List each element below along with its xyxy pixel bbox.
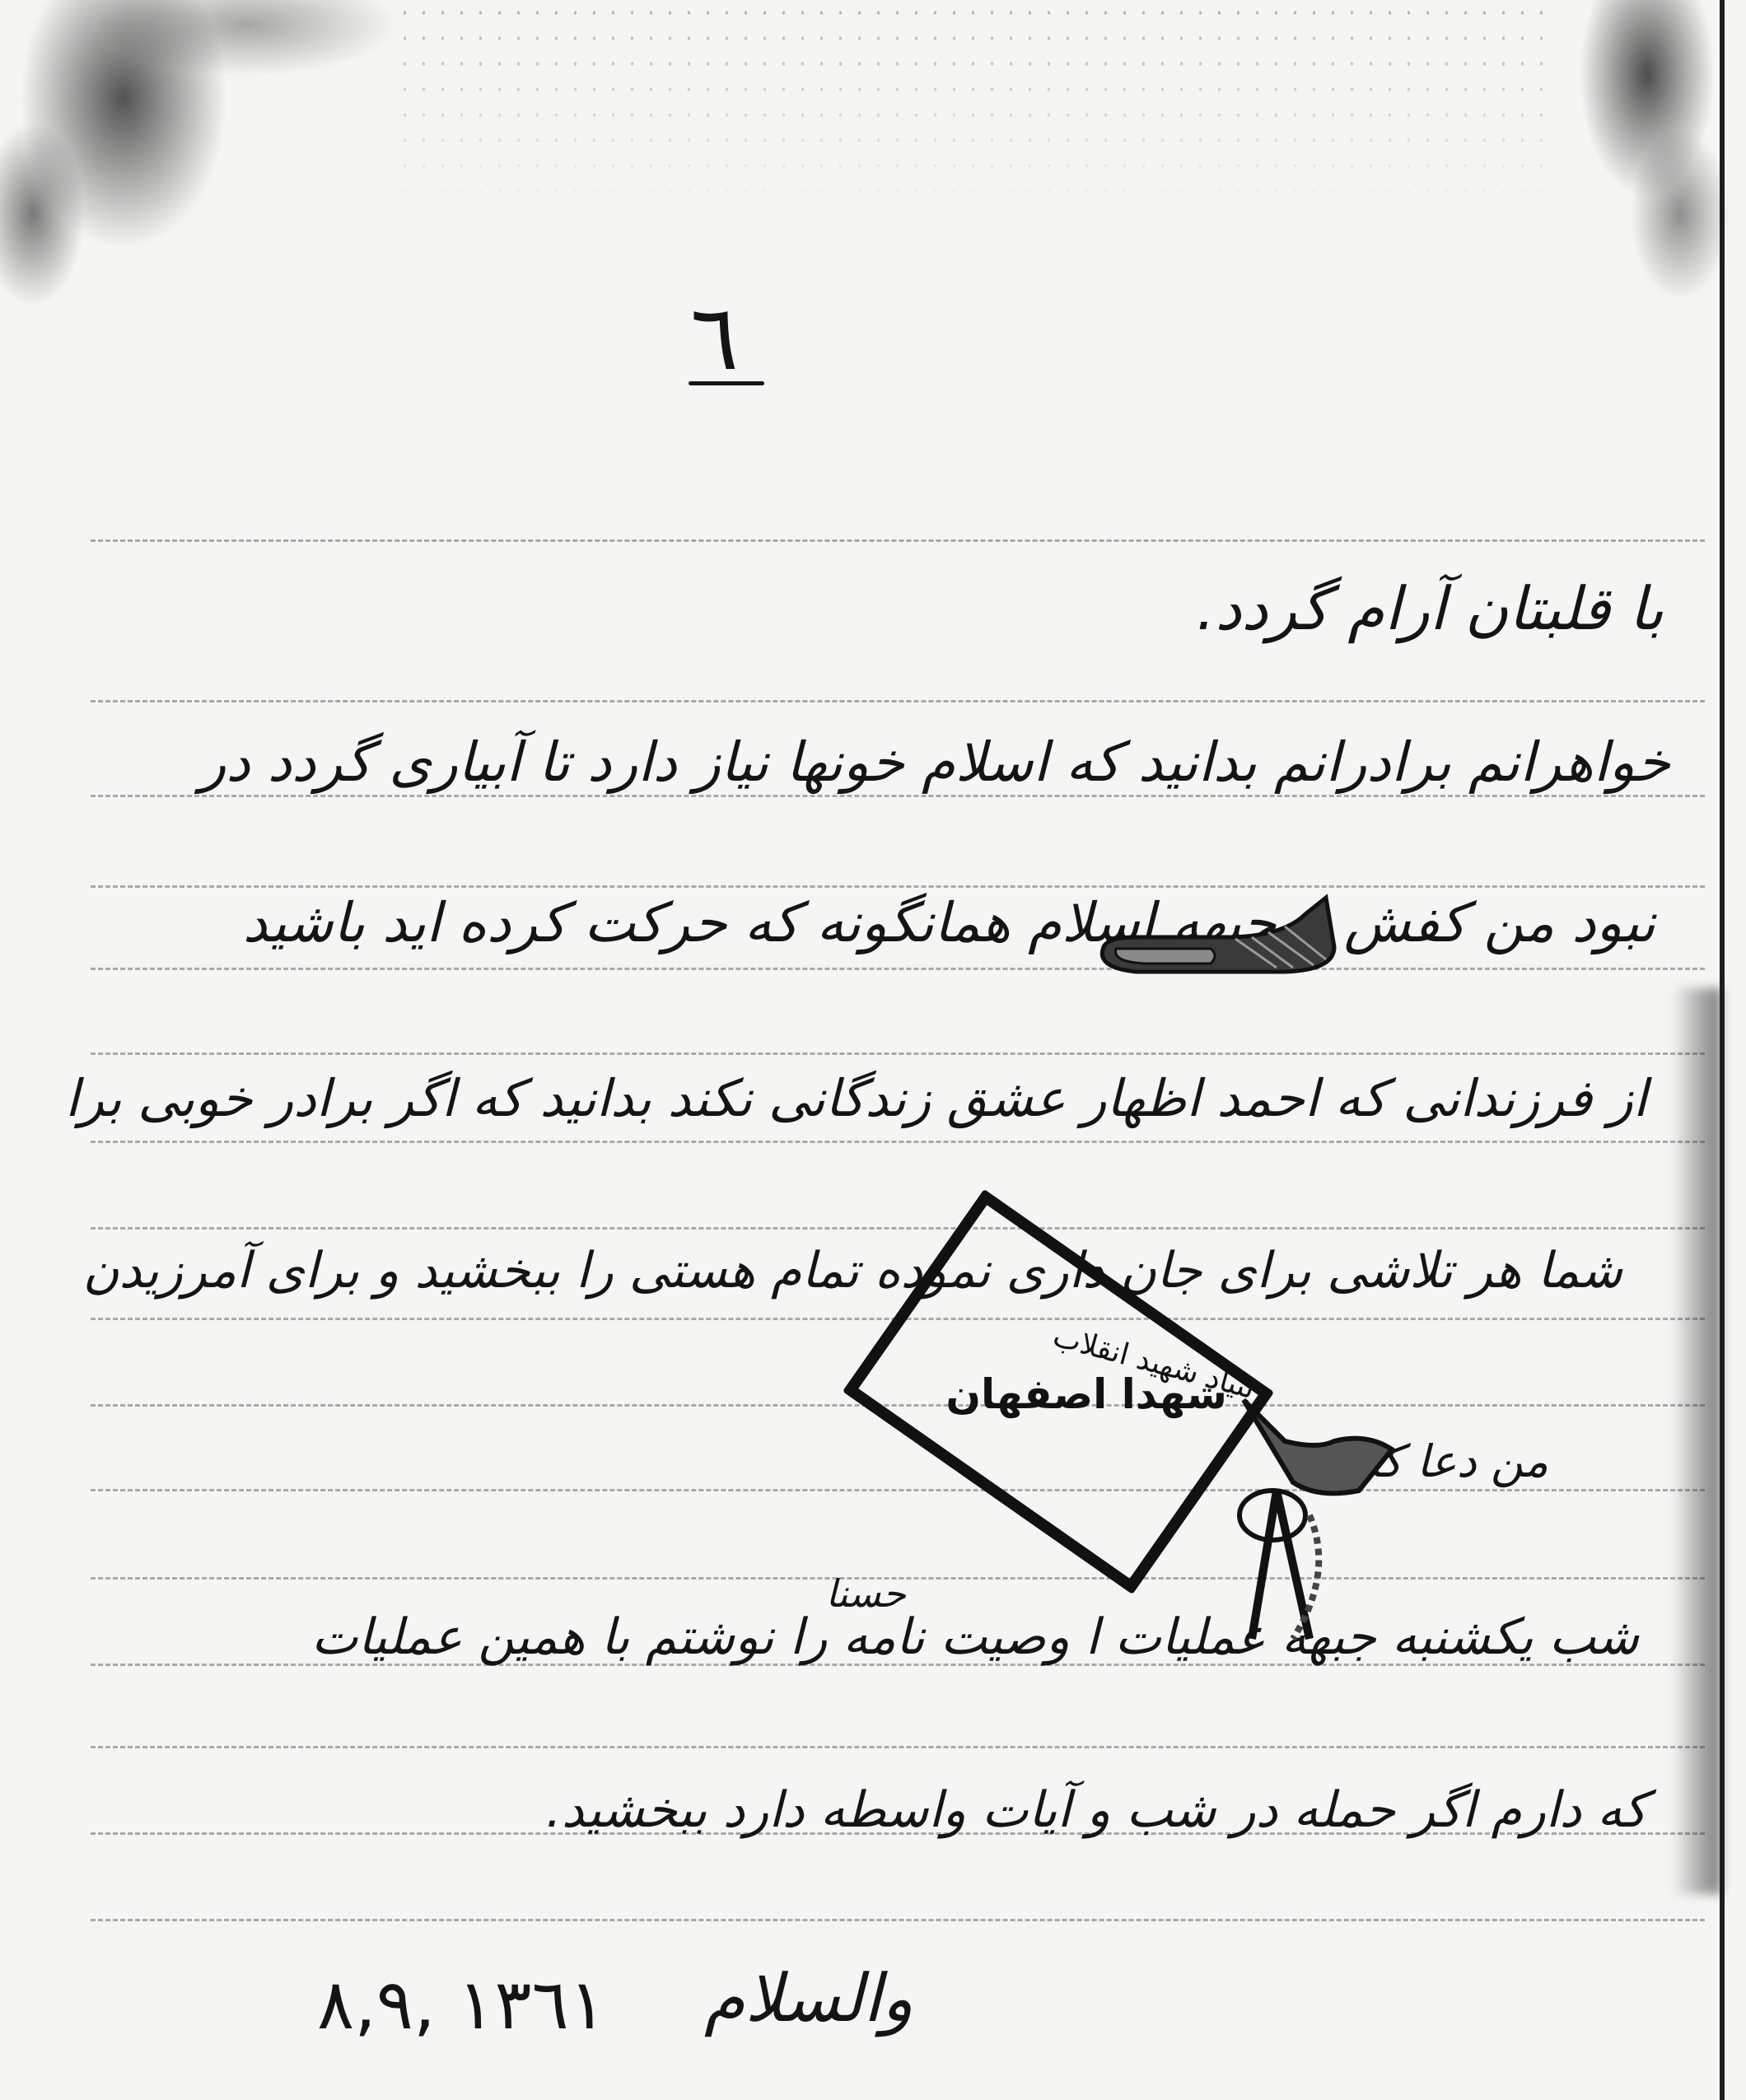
stamp-text-main: شهدا اصفهان [945, 1370, 1227, 1418]
page-number: ٦ [690, 292, 739, 383]
page-number-underline [689, 381, 764, 385]
letter-line-3: از فرزندانی که احمد اظهار عشق زندگانی نک… [65, 1071, 1647, 1127]
photocopy-smudge-top-left [0, 0, 428, 313]
closing-signature: والسلام [704, 1960, 913, 2037]
letter-salutation: با قلبتان آرام گردد. [1196, 576, 1664, 642]
letter-date: ١٣٦١ ,٨,٩ [317, 1964, 606, 2045]
ruled-line [91, 700, 1705, 702]
ruled-line [91, 1746, 1705, 1748]
boot-drawing-icon [1087, 889, 1351, 980]
letter-line-6: شب یکشنبه جبهه عملیات ا وصیت نامه را نوش… [311, 1610, 1639, 1664]
tulip-emblem-icon [1194, 1392, 1408, 1655]
photocopy-smudge-right [1672, 988, 1721, 1894]
letter-line-4: شما هر تلاشی برای جان داری نموده تمام هس… [83, 1244, 1622, 1298]
photocopy-speckle-top [395, 0, 1548, 214]
ruled-line [91, 1919, 1705, 1921]
ruled-line [91, 539, 1705, 542]
ruled-line [91, 1052, 1705, 1055]
ruled-line [91, 795, 1705, 797]
ruled-line [91, 1141, 1705, 1143]
ruled-line [91, 1489, 1705, 1491]
letter-line-7: که دارم اگر حمله در شب و آیات واسطه دارد… [546, 1783, 1647, 1837]
ruled-line [91, 885, 1705, 888]
letter-line-2: نبود من کفش درجبهه اسلام همانگونه که حرک… [243, 894, 1655, 954]
letter-line-1: خواهرانم برادرانم بدانید که اسلام خونها … [199, 733, 1670, 793]
ruled-line [91, 968, 1705, 970]
letter-page: ٦ با قلبتان آرام گردد. خواهرانم برادرانم… [0, 0, 1746, 2100]
page-right-edge [1720, 0, 1725, 2100]
ruled-line [91, 1227, 1705, 1230]
